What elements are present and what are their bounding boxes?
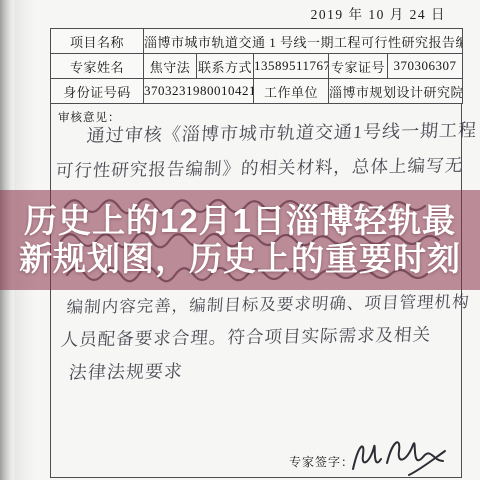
review-section: 审核意见： 通过审核《淄博市城市轨道交通1号线一期工程 可行性研究报告编制》的相… [50,103,462,478]
handwritten-line: 法律法规要求 [68,357,184,385]
document-date: 2019 年 10 月 24 日 [311,3,446,23]
scanned-document-page: 2019 年 10 月 24 日 项目名称 淄博市城市轨道交通 1 号线一期工程… [0,0,480,480]
table-row: 身份证号码 370323198001042132 工作单位 淄博市规划设计研究院 [51,79,463,104]
expert-signature-scribble [343,435,451,480]
id-number-value: 370323198001042132 [144,79,254,104]
handwritten-line: 编制内容完善，编制目标及要求明确、项目管理机构 [66,288,471,318]
expert-name-value: 焦守法 [144,54,197,79]
handwritten-line: 人员配备要求合理。符合项目实际需求及相关 [60,321,432,351]
work-unit-label: 工作单位 [254,79,329,104]
table-row: 项目名称 淄博市城市轨道交通 1 号线一期工程可行性研究报告编制 [51,29,463,54]
handwritten-line: 通过审核《淄博市城市轨道交通1号线一期工程 [86,116,478,147]
cert-no-label: 专家证号 [329,54,388,79]
expert-info-table: 项目名称 淄博市城市轨道交通 1 号线一期工程可行性研究报告编制 专家姓名 焦守… [50,28,463,104]
overlay-title-line2: 新规划图，历史上的重要时刻 [19,240,461,278]
contact-label: 联系方式 [197,54,254,79]
table-row: 专家姓名 焦守法 联系方式 13589511767 专家证号 370306307 [51,54,463,79]
title-overlay-band: 历史上的12月1日淄博轻轨最 新规划图，历史上的重要时刻 [0,190,480,290]
project-name-label: 项目名称 [51,29,144,54]
id-number-label: 身份证号码 [51,79,144,104]
cert-no-value: 370306307 [388,54,463,79]
work-unit-value: 淄博市规划设计研究院 [329,79,463,104]
contact-value: 13589511767 [254,54,329,79]
handwritten-line: 可行性研究报告编制》的相关材料，总体上编写无 [55,152,464,183]
overlay-title-line1: 历史上的12月1日淄博轻轨最 [24,202,456,240]
project-name-value: 淄博市城市轨道交通 1 号线一期工程可行性研究报告编制 [144,29,463,54]
expert-name-label: 专家姓名 [51,54,144,79]
